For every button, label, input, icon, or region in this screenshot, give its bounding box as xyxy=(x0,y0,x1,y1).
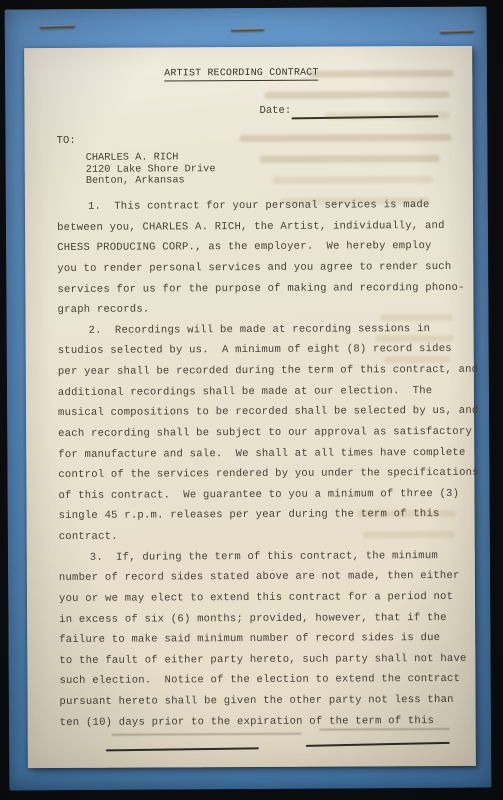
contract-line: CHESS PRODUCING CORP., as the employer. … xyxy=(57,236,467,259)
contract-line: 1. This contract for your personal servi… xyxy=(57,195,467,218)
contract-line: services for us for the purpose of makin… xyxy=(57,277,467,300)
photo-of-contract: ARTIST RECORDING CONTRACT Date: TO: CHAR… xyxy=(0,0,503,800)
contract-line: additional recordings shall be made at o… xyxy=(58,380,468,403)
contract-line: failure to make said minimum number of r… xyxy=(59,628,469,651)
contract-line: number of record sides stated above are … xyxy=(59,566,469,589)
contract-line: control of the services rendered by you … xyxy=(58,463,468,486)
bleed-through-text xyxy=(308,70,453,78)
contract-line: for manufacture and sale. We shall at al… xyxy=(58,442,468,465)
bleed-through-text xyxy=(260,155,440,163)
signature-line-left xyxy=(106,747,259,751)
contract-line: ten (10) days prior to the expiration of… xyxy=(60,710,470,733)
contract-line: you or we may elect to extend this contr… xyxy=(59,587,469,610)
bleed-through-rule xyxy=(112,733,302,735)
recipient-address: CHARLES A. RICH2120 Lake Shore DriveBent… xyxy=(86,152,216,188)
contract-line: each recording shall be subject to our a… xyxy=(58,422,468,445)
contract-line: 3. If, during the term of this contract,… xyxy=(59,545,469,568)
contract-line: single 45 r.p.m. releases per year durin… xyxy=(59,504,469,527)
contract-line: of this contract. We guarantee to you a … xyxy=(58,484,468,507)
signature-line-right xyxy=(306,742,450,747)
contract-line: pursuant hereto shall be given the other… xyxy=(59,690,469,713)
bleed-through-text xyxy=(240,134,452,142)
contract-line: between you, CHARLES A. RICH, the Artist… xyxy=(57,215,467,238)
contract-line: 2. Recordings will be made at recording … xyxy=(58,319,468,342)
bleed-through-text xyxy=(264,91,449,99)
address-line: Benton, Arkansas xyxy=(86,176,216,188)
contract-title: ARTIST RECORDING CONTRACT xyxy=(164,67,318,82)
bleed-through-text xyxy=(273,176,433,184)
contract-line: per year shall be recorded during the te… xyxy=(58,360,468,383)
to-label: TO: xyxy=(57,135,76,147)
contract-line: to the fault of either party hereto, suc… xyxy=(59,649,469,672)
contract-line: in excess of six (6) months; provided, h… xyxy=(59,607,469,630)
contract-line: studios selected by us. A minimum of eig… xyxy=(58,339,468,362)
contract-line: musical compositions to be recorded shal… xyxy=(58,401,468,424)
contract-body: 1. This contract for your personal servi… xyxy=(57,195,470,733)
contract-line: you to render personal services and you … xyxy=(57,257,467,280)
contract-page: ARTIST RECORDING CONTRACT Date: TO: CHAR… xyxy=(24,46,476,768)
contract-line: contract. xyxy=(59,525,469,548)
date-label: Date: xyxy=(259,105,291,117)
contract-line: such election. Notice of the election to… xyxy=(59,669,469,692)
contract-line: graph records. xyxy=(57,298,467,321)
